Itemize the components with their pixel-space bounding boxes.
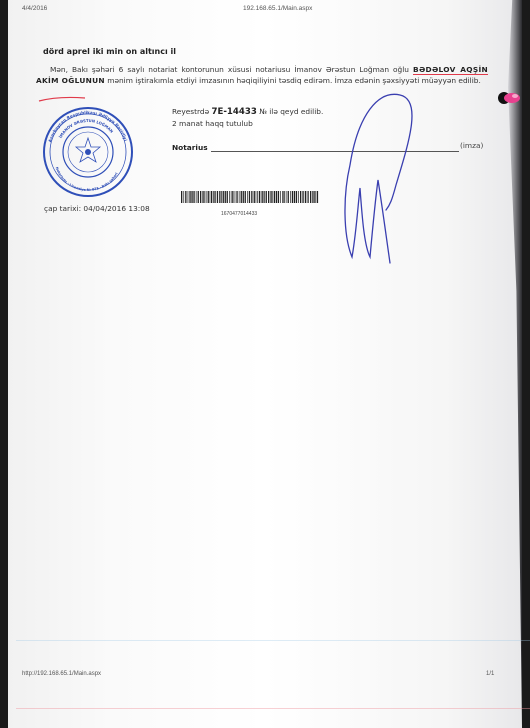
print-footer-url: http://192.168.65.1/Main.aspx: [22, 671, 101, 677]
red-underline-mark: [38, 96, 86, 102]
scan-artifact-line: [16, 708, 530, 709]
page-edge-shadow: [508, 0, 522, 728]
pink-pushpin-icon: [496, 91, 524, 105]
barcode-icon: [180, 191, 320, 203]
notary-stamp-icon: Azərbaycan Respublikası Ədliyyə Nazirliy…: [38, 105, 138, 200]
print-header-url: 192.168.65.1/Main.aspx: [243, 5, 312, 12]
document-date-text: dörd aprel iki min on altıncı il: [43, 47, 176, 56]
signatory-name-part2: AKİM OĞLUNUN: [36, 76, 105, 85]
scanned-document-page: 4/4/2016 192.168.65.1/Main.aspx dörd apr…: [8, 0, 522, 728]
paragraph-intro: Mən, Bakı şəhəri 6 saylı notariat kontor…: [50, 65, 413, 74]
handwritten-signature-icon: [338, 85, 478, 265]
registry-info: Reyestrdə 7E-14433 № ilə qeyd edilib. 2 …: [172, 106, 323, 129]
registry-number: 7E-14433: [212, 107, 257, 117]
fee-text: 2 manat haqq tutulub: [172, 118, 323, 129]
print-header-date: 4/4/2016: [22, 5, 47, 12]
notary-label: Notarius: [172, 143, 208, 152]
paragraph-rest: mənim iştirakımla etdiyi imzasının həqiq…: [105, 76, 481, 85]
certification-paragraph: Mən, Bakı şəhəri 6 saylı notariat kontor…: [36, 65, 488, 86]
print-footer-page: 1/1: [486, 671, 494, 677]
barcode-number: 1670477014433: [221, 211, 257, 217]
scan-artifact-line: [16, 640, 530, 641]
print-date: çap tarixi: 04/04/2016 13:08: [44, 204, 150, 213]
signatory-name-part1: BƏDƏLOV AQŞİN: [413, 65, 488, 75]
